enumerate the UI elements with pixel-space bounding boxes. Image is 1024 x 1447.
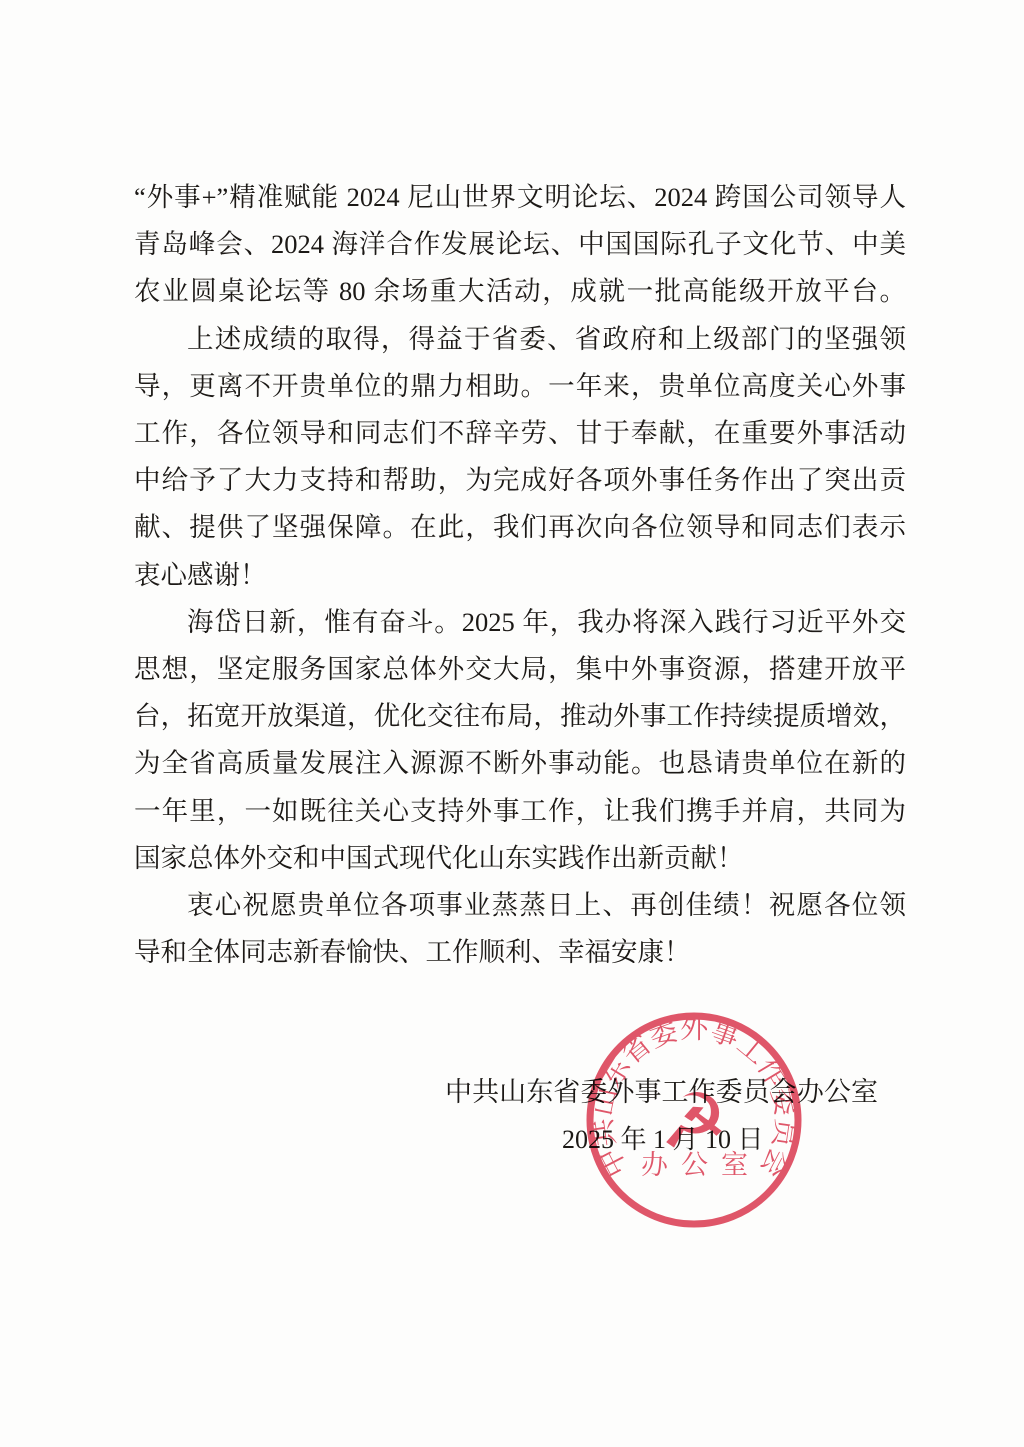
date-line: 2025 年 1 月 10 日 [562, 1119, 764, 1156]
text-line: 一年里，一如既往关心支持外事工作，让我们携手并肩，共同为 [134, 788, 906, 835]
letter-body: “外事+”精准赋能 2024 尼山世界文明论坛、2024 跨国公司领导人 青岛峰… [134, 174, 906, 976]
text-line: 工作，各位领导和同志们不辞辛劳、甘于奉献，在重要外事活动 [134, 410, 906, 457]
text-line: 思想，坚定服务国家总体外交大局，集中外事资源，搭建开放平 [134, 646, 906, 693]
text-line: 农业圆桌论坛等 80 余场重大活动，成就一批高能级开放平台。 [134, 268, 906, 315]
text-line: 台，拓宽开放渠道，优化交往布局，推动外事工作持续提质增效， [134, 693, 906, 740]
text-line: 国家总体外交和中国式现代化山东实践作出新贡献！ [134, 835, 906, 882]
text-line: 衷心祝愿贵单位各项事业蒸蒸日上、再创佳绩！祝愿各位领 [134, 882, 906, 929]
text-line: 献、提供了坚强保障。在此，我们再次向各位领导和同志们表示 [134, 504, 906, 551]
text-line: 衷心感谢！ [134, 552, 906, 599]
text-line: 青岛峰会、2024 海洋合作发展论坛、中国国际孔子文化节、中美 [134, 221, 906, 268]
text-line: 为全省高质量发展注入源源不断外事动能。也恳请贵单位在新的 [134, 740, 906, 787]
text-line: 导，更离不开贵单位的鼎力相助。一年来，贵单位高度关心外事 [134, 363, 906, 410]
text-line: 导和全体同志新春愉快、工作顺利、幸福安康！ [134, 929, 906, 976]
text-line: “外事+”精准赋能 2024 尼山世界文明论坛、2024 跨国公司领导人 [134, 174, 906, 221]
letter-page: “外事+”精准赋能 2024 尼山世界文明论坛、2024 跨国公司领导人 青岛峰… [0, 0, 1024, 1447]
text-line: 上述成绩的取得，得益于省委、省政府和上级部门的坚强领 [134, 316, 906, 363]
text-line: 中给予了大力支持和帮助，为完成好各项外事任务作出了突出贡 [134, 457, 906, 504]
text-line: 海岱日新，惟有奋斗。2025 年，我办将深入践行习近平外交 [134, 599, 906, 646]
signature-line: 中共山东省委外事工作委员会办公室 [445, 1070, 878, 1109]
